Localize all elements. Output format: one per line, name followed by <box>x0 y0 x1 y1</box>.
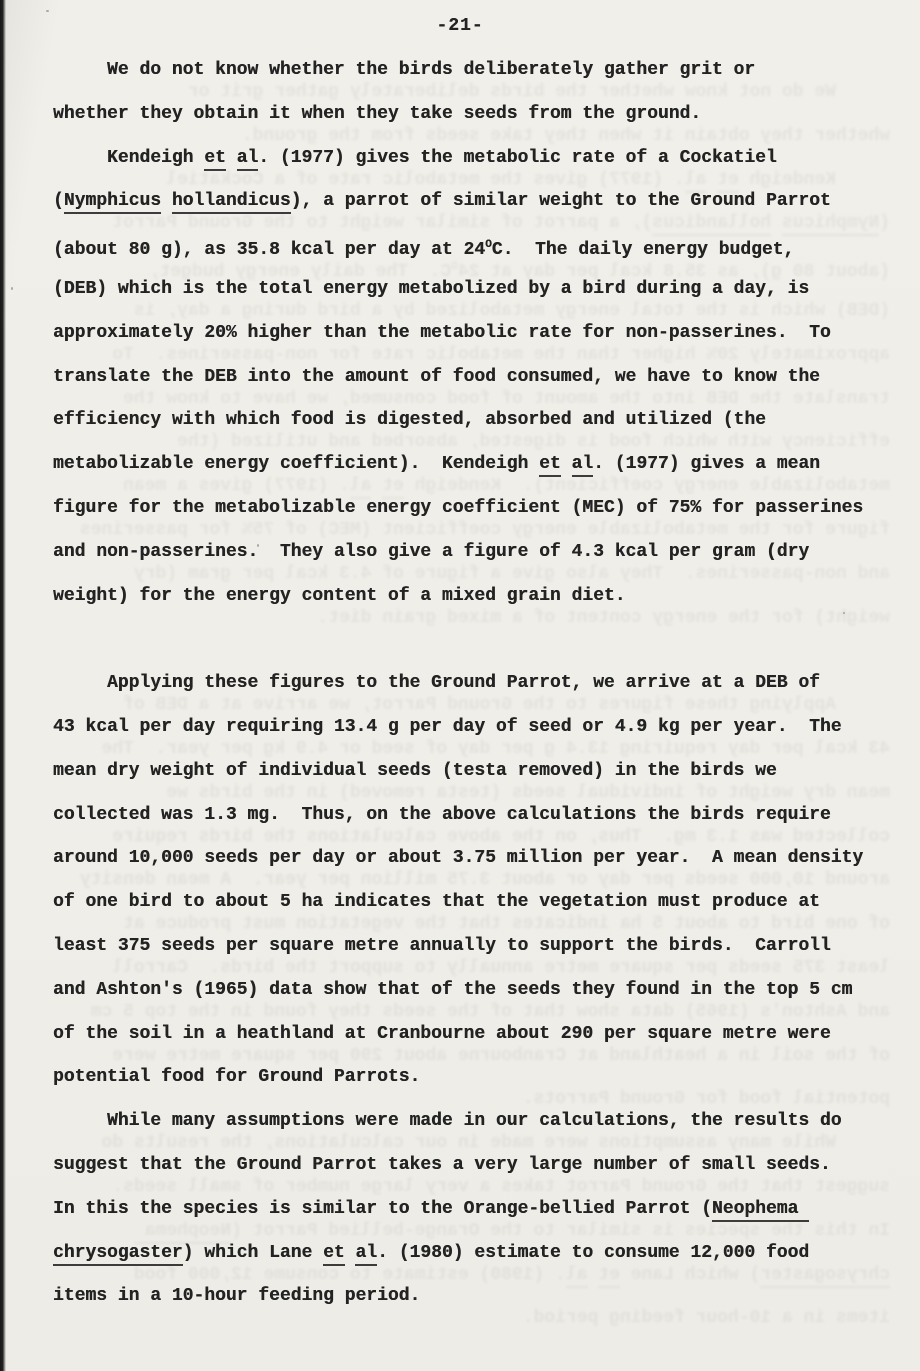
text-line: suggest that the Ground Parrot takes a v… <box>53 1144 883 1188</box>
text-line: potential food for Ground Parrots. <box>53 1056 883 1100</box>
paragraph: We do not know whether the birds deliber… <box>53 49 883 137</box>
text-line: translate the DEB into the amount of foo… <box>53 356 883 400</box>
text-line: collected was 1.3 mg. Thus, on the above… <box>53 794 883 838</box>
text-line: metabolizable energy coefficient). Kende… <box>53 443 883 487</box>
text-line: least 375 seeds per square metre annuall… <box>53 925 883 969</box>
text-line: efficiency with which food is digested, … <box>53 399 883 443</box>
paper-speck <box>11 287 13 290</box>
scan-edge-shadow <box>0 0 6 1371</box>
text-line: In this the species is similar to the Or… <box>53 1188 883 1232</box>
text-line: and Ashton's (1965) data show that of th… <box>53 969 883 1013</box>
text-line: 43 kcal per day requiring 13.4 g per day… <box>53 706 883 750</box>
text-line: (Nymphicus hollandicus), a parrot of sim… <box>53 180 883 224</box>
paragraph: Applying these figures to the Ground Par… <box>53 662 883 1100</box>
text-line: chrysogaster) which Lane et al. (1980) e… <box>53 1232 883 1276</box>
text-line: weight) for the energy content of a mixe… <box>53 575 883 619</box>
text-line: mean dry weight of individual seeds (tes… <box>53 750 883 794</box>
text-line: (about 80 g), as 35.8 kcal per day at 24… <box>53 224 883 268</box>
text-line: approximately 20% higher than the metabo… <box>53 312 883 356</box>
paper-speck <box>46 10 49 12</box>
page-text: We do not know whether the birds deliber… <box>53 49 883 1319</box>
text-line: of one bird to about 5 ha indicates that… <box>53 881 883 925</box>
text-line: and non-passerines. They also give a fig… <box>53 531 883 575</box>
text-line: around 10,000 seeds per day or about 3.7… <box>53 837 883 881</box>
text-line: While many assumptions were made in our … <box>53 1100 883 1144</box>
text-line: whether they obtain it when they take se… <box>53 93 883 137</box>
text-line: of the soil in a heathland at Cranbourne… <box>53 1013 883 1057</box>
page-number: -21- <box>0 16 920 36</box>
paper-speck <box>257 544 259 547</box>
text-line: (DEB) which is the total energy metaboli… <box>53 268 883 312</box>
paragraph: While many assumptions were made in our … <box>53 1100 883 1319</box>
text-line: We do not know whether the birds deliber… <box>53 49 883 93</box>
paper-speck <box>843 612 845 614</box>
scanned-document-page: We do not know whether the birds deliber… <box>0 0 920 1371</box>
text-line: Kendeigh et al. (1977) gives the metabol… <box>53 137 883 181</box>
text-line: figure for the metabolizable energy coef… <box>53 487 883 531</box>
paragraph: Kendeigh et al. (1977) gives the metabol… <box>53 137 883 619</box>
text-line: Applying these figures to the Ground Par… <box>53 662 883 706</box>
text-line: items in a 10-hour feeding period. <box>53 1275 883 1319</box>
